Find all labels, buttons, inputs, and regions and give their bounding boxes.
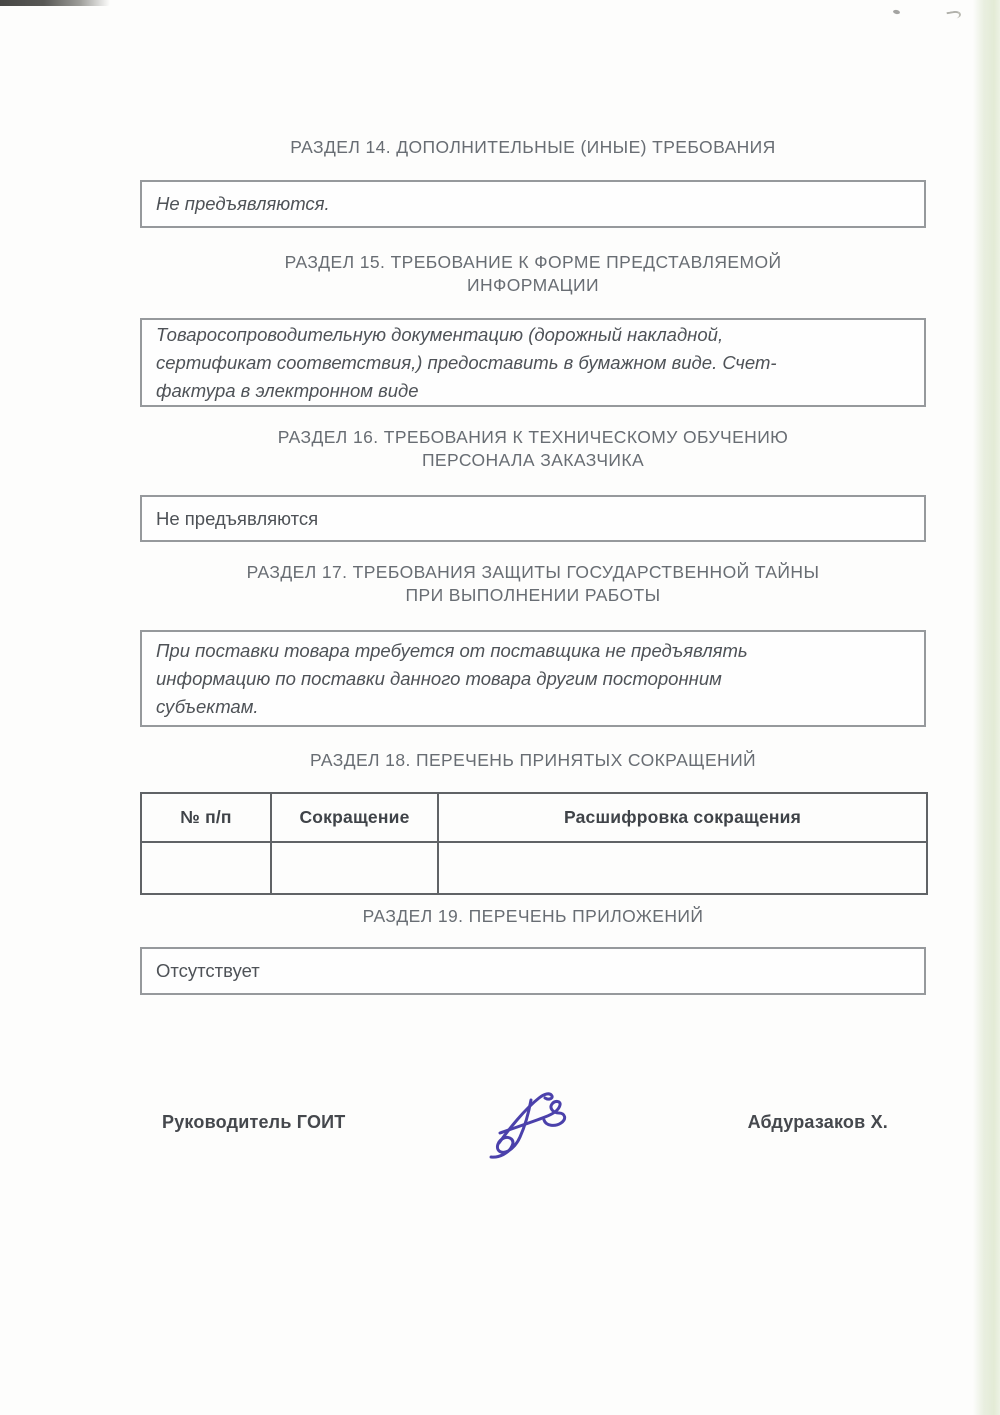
section-15-heading: РАЗДЕЛ 15. ТРЕБОВАНИЕ К ФОРМЕ ПРЕДСТАВЛЯ…: [140, 251, 926, 297]
section-14-text: Не предъявляются.: [156, 190, 330, 218]
scanner-edge-strip: [973, 0, 1000, 1415]
abbreviations-table: № п/п Сокращение Расшифровка сокращения: [140, 792, 928, 895]
section-17-heading: РАЗДЕЛ 17. ТРЕБОВАНИЯ ЗАЩИТЫ ГОСУДАРСТВЕ…: [140, 561, 926, 607]
section-16-heading: РАЗДЕЛ 16. ТРЕБОВАНИЯ К ТЕХНИЧЕСКОМУ ОБУ…: [140, 426, 926, 472]
document-content: РАЗДЕЛ 14. ДОПОЛНИТЕЛЬНЫЕ (ИНЫЕ) ТРЕБОВА…: [140, 0, 926, 1415]
section-15-box: Товаросопроводительную документацию (дор…: [140, 318, 926, 407]
table-row: [141, 842, 927, 894]
section-18-heading: РАЗДЕЛ 18. ПЕРЕЧЕНЬ ПРИНЯТЫХ СОКРАЩЕНИЙ: [140, 749, 926, 772]
section-16-text: Не предъявляются: [156, 505, 318, 533]
signature-role-label: Руководитель ГОИТ: [162, 1112, 346, 1133]
scanned-document-page: РАЗДЕЛ 14. ДОПОЛНИТЕЛЬНЫЕ (ИНЫЕ) ТРЕБОВА…: [0, 0, 1000, 1415]
section-15-text: Товаросопроводительную документацию (дор…: [156, 321, 777, 405]
section-14-heading: РАЗДЕЛ 14. ДОПОЛНИТЕЛЬНЫЕ (ИНЫЕ) ТРЕБОВА…: [140, 136, 926, 159]
section-16-box: Не предъявляются: [140, 495, 926, 542]
handwritten-signature-image: [485, 1083, 580, 1163]
section-19-heading: РАЗДЕЛ 19. ПЕРЕЧЕНЬ ПРИЛОЖЕНИЙ: [140, 905, 926, 928]
table-cell-expansion: [438, 842, 927, 894]
scan-speck-artifact: [946, 10, 961, 20]
column-header-expansion: Расшифровка сокращения: [438, 793, 927, 842]
table-cell-abbreviation: [271, 842, 438, 894]
table-cell-number: [141, 842, 271, 894]
section-19-box: Отсутствует: [140, 947, 926, 995]
section-17-text: При поставки товара требуется от поставщ…: [156, 637, 748, 721]
column-header-abbreviation: Сокращение: [271, 793, 438, 842]
column-header-number: № п/п: [141, 793, 271, 842]
section-14-box: Не предъявляются.: [140, 180, 926, 228]
scan-smudge-artifact: [0, 0, 110, 6]
signature-block: Руководитель ГОИТ Абдуразаков Х.: [140, 1095, 926, 1175]
section-17-box: При поставки товара требуется от поставщ…: [140, 630, 926, 727]
section-19-text: Отсутствует: [156, 957, 260, 985]
signer-name: Абдуразаков Х.: [748, 1112, 888, 1133]
abbreviations-table-header-row: № п/п Сокращение Расшифровка сокращения: [141, 793, 927, 842]
